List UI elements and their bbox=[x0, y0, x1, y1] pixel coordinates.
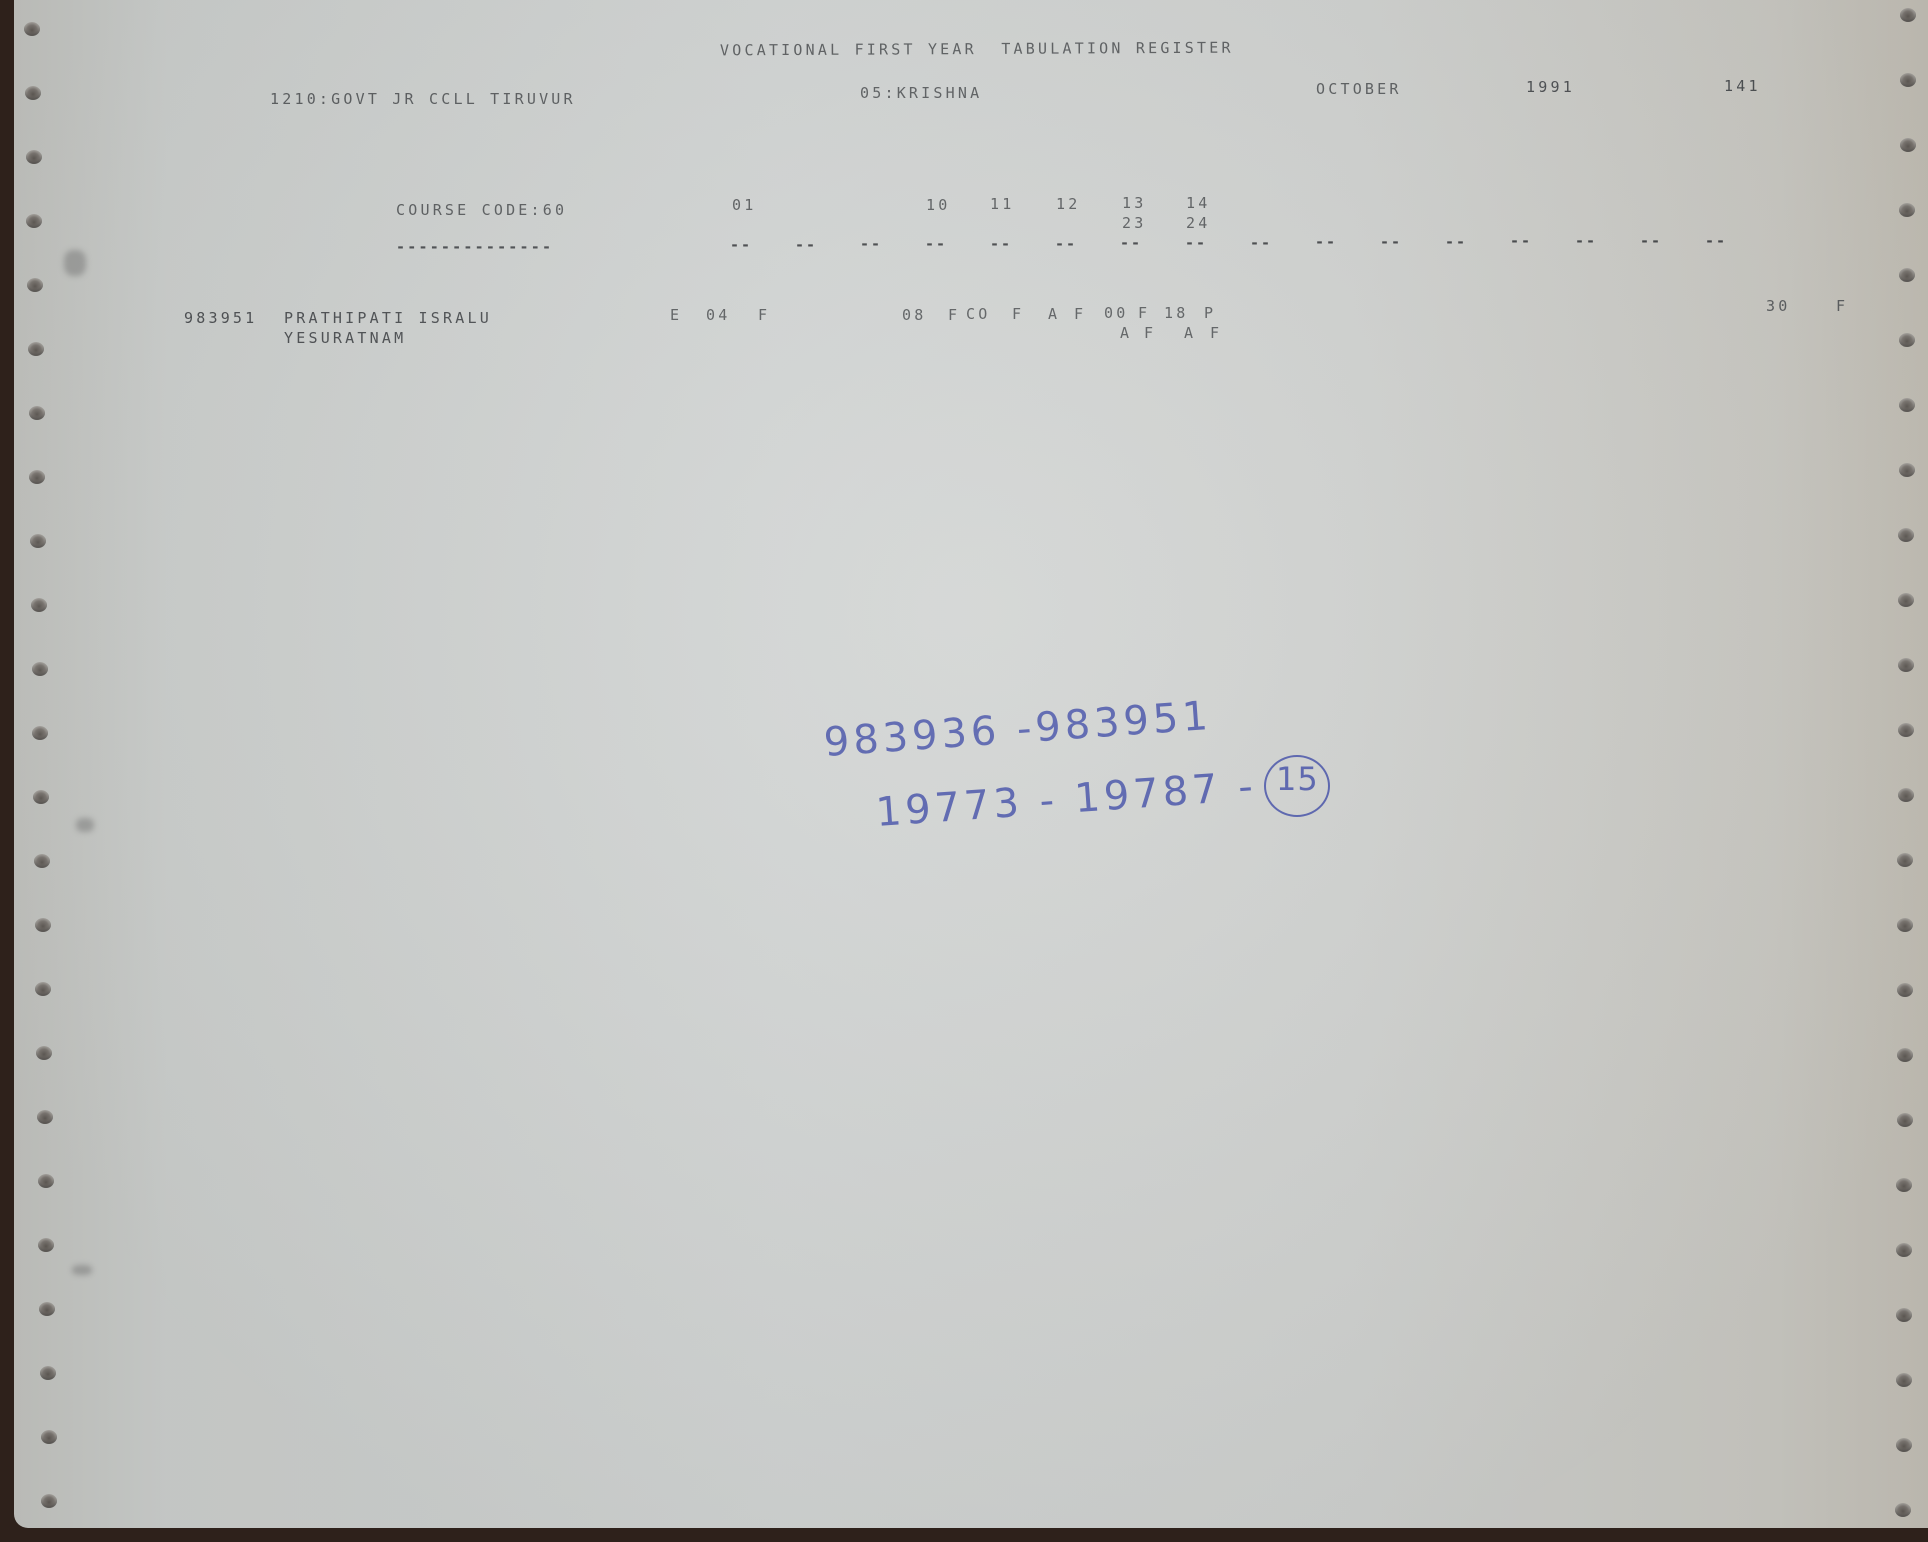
subject-result: F bbox=[1074, 307, 1086, 322]
sprocket-hole bbox=[26, 150, 42, 164]
sprocket-hole bbox=[40, 1366, 56, 1380]
column-separator: -- bbox=[1120, 234, 1142, 252]
subject-result: F bbox=[758, 308, 770, 323]
subject-code: 14 bbox=[1186, 196, 1210, 211]
subject-mark: A bbox=[1120, 326, 1132, 341]
subject-code: 12 bbox=[1056, 197, 1080, 212]
sprocket-hole bbox=[1896, 1178, 1912, 1192]
sprocket-hole bbox=[41, 1430, 57, 1444]
sprocket-hole bbox=[38, 1238, 54, 1252]
sprocket-hole bbox=[1897, 983, 1913, 997]
subject-code: 13 bbox=[1122, 196, 1146, 211]
column-separator: -- bbox=[1705, 232, 1727, 250]
subject-mark: CO bbox=[966, 307, 990, 322]
sprocket-hole bbox=[37, 1110, 53, 1124]
sprocket-hole bbox=[1898, 658, 1914, 672]
subject-result: F bbox=[948, 308, 960, 323]
handwritten-range-line1: 983936 -983951 bbox=[822, 693, 1213, 766]
column-separator: -- bbox=[925, 235, 947, 253]
sprocket-hole bbox=[1900, 8, 1916, 22]
sprocket-hole bbox=[1899, 398, 1915, 412]
sprocket-hole bbox=[1900, 138, 1916, 152]
ink-smudge bbox=[72, 1265, 92, 1275]
subject-mark: A bbox=[1048, 307, 1060, 322]
sprocket-hole bbox=[24, 22, 40, 36]
subject-mark: 00 bbox=[1104, 306, 1128, 321]
sprocket-hole bbox=[32, 662, 48, 676]
circled-count-value: 15 bbox=[1276, 760, 1319, 798]
final-result: F bbox=[1836, 299, 1848, 314]
sprocket-hole bbox=[1899, 463, 1915, 477]
ink-smudge bbox=[76, 818, 94, 832]
sprocket-hole bbox=[1896, 1308, 1912, 1322]
subject-code: 24 bbox=[1186, 216, 1210, 231]
sprocket-hole bbox=[1898, 723, 1914, 737]
sprocket-hole bbox=[1897, 1048, 1913, 1062]
sprocket-hole bbox=[29, 406, 45, 420]
course-code-label: COURSE CODE:60 bbox=[396, 203, 567, 218]
sprocket-hole bbox=[41, 1494, 57, 1508]
column-separator: -- bbox=[1055, 235, 1077, 253]
subject-code: 11 bbox=[990, 197, 1014, 212]
register-title: VOCATIONAL FIRST YEAR TABULATION REGISTE… bbox=[720, 41, 1234, 59]
sprocket-hole bbox=[34, 854, 50, 868]
medium: E bbox=[670, 308, 682, 323]
exam-month: OCTOBER bbox=[1316, 82, 1402, 97]
sprocket-hole bbox=[1898, 788, 1914, 802]
hall-ticket-number: 983951 bbox=[184, 311, 257, 326]
sprocket-hole bbox=[1900, 73, 1916, 87]
subject-mark: A bbox=[1184, 326, 1196, 341]
sprocket-hole bbox=[36, 1046, 52, 1060]
student-name-line2: YESURATNAM bbox=[284, 331, 406, 346]
subject-code: 01 bbox=[732, 198, 756, 213]
column-separator: -- bbox=[860, 235, 882, 253]
subject-result: F bbox=[1144, 326, 1156, 341]
sprocket-hole bbox=[28, 342, 44, 356]
college-code: 1210:GOVT JR CCLL TIRUVUR bbox=[270, 92, 576, 107]
student-name-line1: PRATHIPATI ISRALU bbox=[284, 311, 492, 326]
sprocket-hole bbox=[1896, 1373, 1912, 1387]
sprocket-hole bbox=[35, 982, 51, 996]
sprocket-hole bbox=[1896, 1243, 1912, 1257]
column-separator: -- bbox=[1445, 233, 1467, 251]
sprocket-hole bbox=[27, 278, 43, 292]
sprocket-hole bbox=[33, 790, 49, 804]
subject-code: 10 bbox=[926, 198, 950, 213]
sprocket-hole bbox=[1898, 528, 1914, 542]
column-separator: -- bbox=[1640, 232, 1662, 250]
sprocket-hole bbox=[1897, 853, 1913, 867]
sprocket-hole bbox=[26, 214, 42, 228]
sprocket-hole bbox=[1899, 333, 1915, 347]
sprocket-hole bbox=[1899, 268, 1915, 282]
column-separator: -- bbox=[1380, 233, 1402, 251]
sprocket-hole bbox=[29, 470, 45, 484]
subject-mark: 18 bbox=[1164, 306, 1188, 321]
subject-result: P bbox=[1204, 306, 1216, 321]
sprocket-hole bbox=[31, 598, 47, 612]
subject-mark: 04 bbox=[706, 308, 730, 323]
total-marks: 30 bbox=[1766, 299, 1790, 314]
sprocket-hole bbox=[1898, 593, 1914, 607]
subject-result: F bbox=[1210, 326, 1222, 341]
subject-result: F bbox=[1138, 306, 1150, 321]
column-separator: -- bbox=[1250, 234, 1272, 252]
sprocket-hole bbox=[1897, 1113, 1913, 1127]
subject-mark: 08 bbox=[902, 308, 926, 323]
sprocket-hole bbox=[30, 534, 46, 548]
sprocket-hole bbox=[38, 1174, 54, 1188]
column-separator: -- bbox=[1575, 232, 1597, 250]
sprocket-hole bbox=[35, 918, 51, 932]
page-number: 141 bbox=[1724, 79, 1761, 94]
subject-result: F bbox=[1012, 307, 1024, 322]
column-separator: -- bbox=[1510, 232, 1532, 250]
subject-code: 23 bbox=[1122, 216, 1146, 231]
sprocket-hole bbox=[25, 86, 41, 100]
sprocket-hole bbox=[1896, 1438, 1912, 1452]
sprocket-hole bbox=[1895, 1503, 1911, 1517]
printout-page: VOCATIONAL FIRST YEAR TABULATION REGISTE… bbox=[14, 0, 1928, 1528]
district-code: 05:KRISHNA bbox=[860, 86, 982, 101]
sprocket-hole bbox=[1897, 918, 1913, 932]
column-separator: -- bbox=[1315, 233, 1337, 251]
handwritten-range-line2: 19773 - 19787 - bbox=[874, 763, 1258, 836]
column-separator: -- bbox=[795, 236, 817, 254]
exam-year: 1991 bbox=[1526, 80, 1575, 95]
ink-smudge bbox=[64, 250, 86, 276]
column-separator: -- bbox=[730, 236, 752, 254]
column-separator: -- bbox=[1185, 234, 1207, 252]
column-separator: -- bbox=[990, 235, 1012, 253]
sprocket-hole bbox=[39, 1302, 55, 1316]
sprocket-hole bbox=[32, 726, 48, 740]
course-code-underline: -------------- bbox=[396, 240, 553, 255]
sprocket-hole bbox=[1899, 203, 1915, 217]
